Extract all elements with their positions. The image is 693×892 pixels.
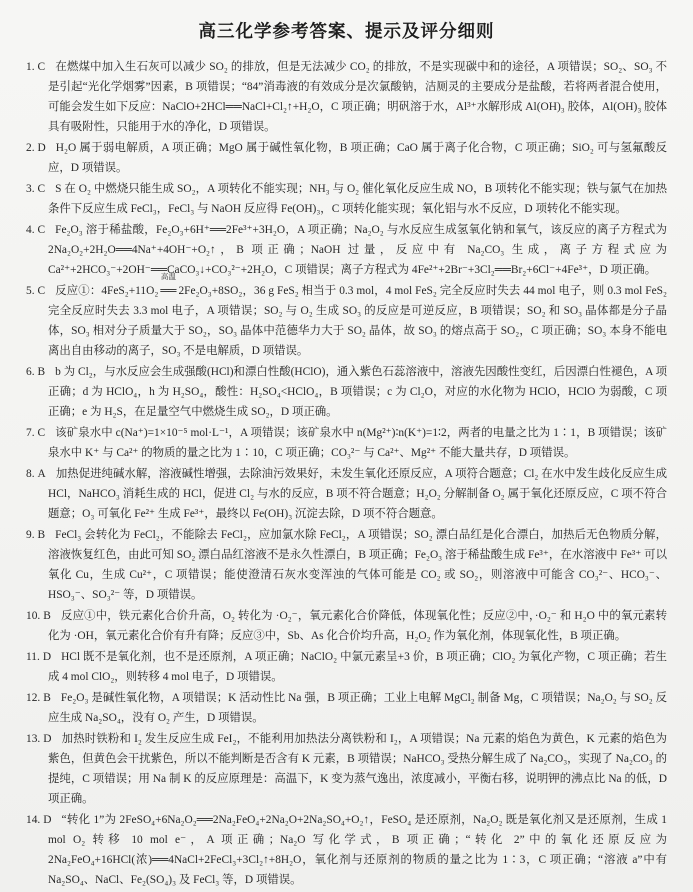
item-number: 13.	[26, 733, 40, 745]
equals-sign: ══	[160, 285, 176, 297]
item-text: 在燃煤中加入生石灰可以减少 SO₂ 的排放，但是无法减少 CO₂ 的排放，不是实…	[48, 61, 667, 133]
item-answer: A	[38, 468, 46, 480]
item-text: b 为 Cl₂，与水反应会生成强酸(HCl)和漂白性酸(HClO)，通入紫色石蕊…	[48, 366, 667, 418]
item-answer: B	[43, 610, 51, 622]
item-number: 4.	[26, 224, 35, 236]
item-answer: D	[43, 814, 51, 826]
item-text: Fe₂O₃ 是碱性氧化物，A 项错误；K 活动性比 Na 强，B 项正确；工业上…	[48, 692, 667, 724]
item-text: 加热促进纯碱水解，溶液碱性增强，去除油污效果好，未发生氧化还原反应，A 项符合题…	[48, 468, 667, 520]
answer-item-2: 2.DH₂O 属于弱电解质，A 项正确；MgO 属于碱性氧化物，B 项正确；Ca…	[26, 138, 667, 178]
item-number: 9.	[26, 529, 35, 541]
item-text: H₂O 属于弱电解质，A 项正确；MgO 属于碱性氧化物，B 项正确；CaO 属…	[48, 142, 667, 174]
item-number: 7.	[26, 427, 35, 439]
item-number: 3.	[26, 183, 35, 195]
item-answer: B	[38, 366, 46, 378]
item-answer: D	[38, 142, 46, 154]
item-answer: C	[38, 285, 46, 297]
item-text: 该矿泉水中 c(Na⁺)=1×10⁻⁵ mol·L⁻¹，A 项错误；该矿泉水中 …	[48, 427, 667, 459]
answer-item-14: 14.D“转化 1”为 2FeSO₄+6Na₂O₂══2Na₂FeO₄+2Na₂…	[26, 810, 667, 890]
answer-item-10: 10.B反应①中，铁元素化合价升高，O₂ 转化为 ·O₂⁻，氧元素化合价降低，体…	[26, 606, 667, 646]
item-number: 8.	[26, 468, 35, 480]
answer-item-11: 11.DHCl 既不是氧化剂，也不是还原剂，A 项正确；NaClO₂ 中氯元素呈…	[26, 647, 667, 687]
item-number: 6.	[26, 366, 35, 378]
answer-item-13: 13.D加热时铁粉和 I₂ 发生反应生成 FeI₂，不能利用加热法分离铁粉和 I…	[26, 729, 667, 809]
item-answer: D	[43, 651, 51, 663]
item-text: FeCl₃ 会转化为 FeCl₂，不能除去 FeCl₂，应加氯水除 FeCl₂，…	[48, 529, 667, 601]
page-title: 高三化学参考答案、提示及评分细则	[26, 18, 667, 43]
answer-item-1: 1.C在燃煤中加入生石灰可以减少 SO₂ 的排放，但是无法减少 CO₂ 的排放，…	[26, 57, 667, 137]
item-answer: C	[38, 224, 46, 236]
item-number: 1.	[26, 61, 35, 73]
answer-item-5: 5.C反应①：4FeS₂+11O₂高温══2Fe₂O₃+8SO₂，36 g Fe…	[26, 281, 667, 361]
item-text: 加热时铁粉和 I₂ 发生反应生成 FeI₂，不能利用加热法分离铁粉和 I₂，A …	[48, 733, 667, 805]
exam-answer-sheet: 高三化学参考答案、提示及评分细则 1.C在燃煤中加入生石灰可以减少 SO₂ 的排…	[0, 0, 693, 892]
item-number: 5.	[26, 285, 35, 297]
item-answer: C	[38, 183, 46, 195]
item-answer: D	[43, 733, 51, 745]
item-number: 10.	[26, 610, 40, 622]
answer-item-7: 7.C该矿泉水中 c(Na⁺)=1×10⁻⁵ mol·L⁻¹，A 项错误；该矿泉…	[26, 423, 667, 463]
item-answer: C	[38, 427, 46, 439]
item-number: 11.	[26, 651, 40, 663]
answer-item-9: 9.BFeCl₃ 会转化为 FeCl₂，不能除去 FeCl₂，应加氯水除 FeC…	[26, 525, 667, 605]
item-text: S 在 O₂ 中燃烧只能生成 SO₂，A 项转化不能实现；NH₃ 与 O₂ 催化…	[48, 183, 667, 215]
item-text: “转化 1”为 2FeSO₄+6Na₂O₂══2Na₂FeO₄+2Na₂O+2N…	[48, 814, 667, 886]
item-answer: B	[43, 692, 51, 704]
reaction-condition-label: 高温	[161, 273, 176, 281]
answer-item-4: 4.CFe₂O₃ 溶于稀盐酸，Fe₂O₃+6H⁺══2Fe³⁺+3H₂O，A 项…	[26, 220, 667, 280]
item-answer: C	[38, 61, 46, 73]
answer-item-8: 8.A加热促进纯碱水解，溶液碱性增强，去除油污效果好，未发生氧化还原反应，A 项…	[26, 464, 667, 524]
item-text: 反应①：4FeS₂+11O₂	[55, 285, 158, 297]
item-number: 2.	[26, 142, 35, 154]
reaction-condition-equals: 高温══	[160, 281, 176, 301]
answer-item-12: 12.BFe₂O₃ 是碱性氧化物，A 项错误；K 活动性比 Na 强，B 项正确…	[26, 688, 667, 728]
item-text: 反应①中，铁元素化合价升高，O₂ 转化为 ·O₂⁻，氧元素化合价降低，体现氧化性…	[48, 610, 667, 642]
item-number: 14.	[26, 814, 40, 826]
answer-item-3: 3.CS 在 O₂ 中燃烧只能生成 SO₂，A 项转化不能实现；NH₃ 与 O₂…	[26, 179, 667, 219]
item-number: 12.	[26, 692, 40, 704]
item-text: HCl 既不是氧化剂，也不是还原剂，A 项正确；NaClO₂ 中氯元素呈+3 价…	[48, 651, 667, 683]
answer-item-6: 6.Bb 为 Cl₂，与水反应会生成强酸(HCl)和漂白性酸(HClO)，通入紫…	[26, 362, 667, 422]
item-answer: B	[38, 529, 46, 541]
item-text: Fe₂O₃ 溶于稀盐酸，Fe₂O₃+6H⁺══2Fe³⁺+3H₂O，A 项正确；…	[48, 224, 667, 276]
